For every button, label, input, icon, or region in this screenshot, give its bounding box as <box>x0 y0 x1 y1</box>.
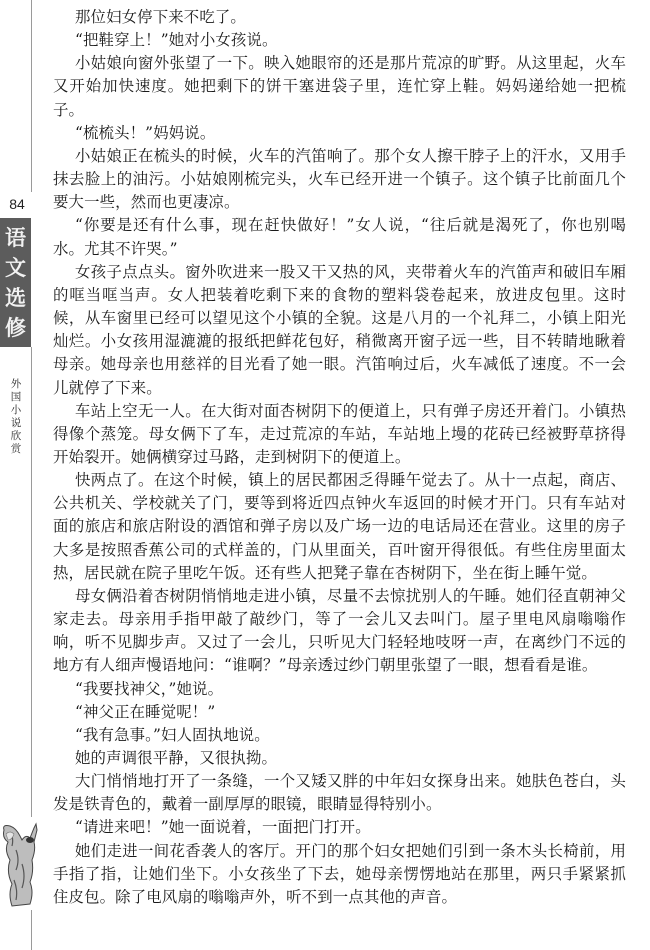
paragraph: 小姑娘向窗外张望了一下。映入她眼帘的还是那片荒凉的旷野。从这里起，火车又开始加快… <box>53 52 626 121</box>
book-subtitle: 外 国 小 说 欣 赏 <box>6 378 26 456</box>
paragraph: 快两点了。在这个时候，镇上的居民都困乏得睡午觉去了。从十一点起，商店、公共机关、… <box>53 469 626 585</box>
paragraph: “我有急事。”妇人固执地说。 <box>53 724 626 747</box>
subtitle-char: 小 <box>6 404 26 417</box>
margin-rule-middle <box>31 347 32 817</box>
paragraph: 女孩子点点头。窗外吹进来一股又干又热的风，夹带着火车的汽笛声和破旧车厢的哐当哐当… <box>53 261 626 400</box>
subtitle-char: 说 <box>6 417 26 430</box>
subtitle-char: 外 <box>6 378 26 391</box>
series-title-char: 选 <box>5 287 26 308</box>
paragraph: 母女俩沿着杏树阴悄悄地走进小镇，尽量不去惊扰别人的午睡。她们径直朝神父家走去。母… <box>53 585 626 678</box>
series-title-char: 文 <box>5 257 26 278</box>
page-number: 84 <box>4 196 30 212</box>
paragraph: 大门悄悄地打开了一条缝，一个又矮又胖的中年妇女探身出来。她肤色苍白，头发是铁青色… <box>53 770 626 816</box>
paragraph: “神父正在睡觉呢！” <box>53 701 626 724</box>
margin-rule-bottom <box>31 910 32 950</box>
paragraph: 她们走进一间花香袭人的客厅。开门的那个妇女把她们引到一条木头长椅前，用手指了指，… <box>53 840 626 909</box>
paragraph: 那位妇女停下来不吃了。 <box>53 6 626 29</box>
paragraph: 她的声调很平静，又很执拗。 <box>53 747 626 770</box>
statue-illustration-icon <box>0 820 40 908</box>
subtitle-char: 国 <box>6 391 26 404</box>
paragraph: “你要是还有什么事，现在赶快做好！”女人说，“往后就是渴死了，你也别喝水。尤其不… <box>53 214 626 260</box>
paragraph: “把鞋穿上！”她对小女孩说。 <box>53 29 626 52</box>
paragraph: “请进来吧！”她一面说着，一面把门打开。 <box>53 816 626 839</box>
paragraph: “我要找神父，”她说。 <box>53 678 626 701</box>
series-title-char: 修 <box>5 317 26 338</box>
paragraph: “梳梳头！”妈妈说。 <box>53 122 626 145</box>
paragraph: 小姑娘正在梳头的时候，火车的汽笛响了。那个女人擦干脖子上的汗水，又用手抹去脸上的… <box>53 145 626 214</box>
series-title-block: 语 文 选 修 <box>0 218 31 347</box>
series-title-char: 语 <box>5 227 26 248</box>
margin-rule-top <box>31 0 32 192</box>
paragraph: 车站上空无一人。在大街对面杏树阴下的便道上，只有弹子房还开着门。小镇热得像个蒸笼… <box>53 400 626 469</box>
subtitle-char: 欣 <box>6 430 26 443</box>
article-body: 那位妇女停下来不吃了。 “把鞋穿上！”她对小女孩说。 小姑娘向窗外张望了一下。映… <box>53 6 626 909</box>
subtitle-char: 赏 <box>6 443 26 456</box>
